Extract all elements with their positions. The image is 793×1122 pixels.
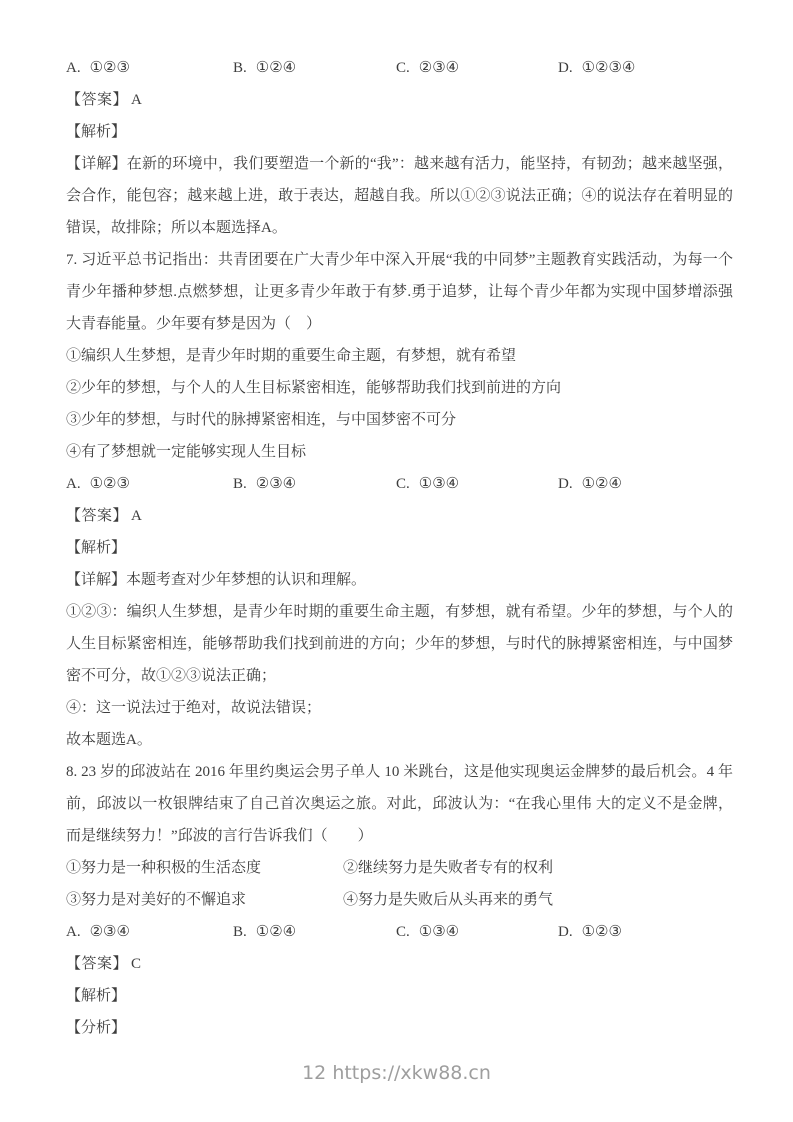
- option-d-letter: D.: [558, 924, 573, 940]
- prev-question-detail: 【详解】在新的环境中，我们要塑造一个新的“我”：越来越有活力，能坚持，有韧劲；越…: [66, 148, 733, 244]
- option-d-letter: D.: [558, 476, 573, 492]
- question8-stem: 8. 23 岁的邱波站在 2016 年里约奥运会男子单人 10 米跳台，这是他实…: [66, 756, 733, 852]
- prev-question-answer-line: 【答案】A: [66, 84, 733, 116]
- answer-label: 【答案】: [66, 956, 128, 972]
- option-b-value: ①②④: [256, 924, 296, 940]
- page-number: 12: [302, 1062, 326, 1084]
- option-a-value: ①②③: [90, 60, 130, 76]
- option-a: A.①②③: [66, 52, 233, 84]
- question7-detail-intro: 【详解】本题考查对少年梦想的认识和理解。: [66, 564, 733, 596]
- question8-statements-row-2: ③努力是对美好的不懈追求 ④努力是失败后从头再来的勇气: [66, 884, 733, 916]
- question7-options-row: A.①②③ B.②③④ C.①③④ D.①②④: [66, 468, 733, 500]
- question7-statement-2: ②少年的梦想，与个人的人生目标紧密相连，能够帮助我们找到前进的方向: [66, 372, 733, 404]
- question8-statement-2: ②继续努力是失败者专有的权利: [343, 852, 733, 884]
- option-d-letter: D.: [558, 60, 573, 76]
- exam-document-page: A.①②③ B.①②④ C.②③④ D.①②③④ 【答案】A 【解析】 【详解】…: [66, 52, 733, 1044]
- question7-answer-line: 【答案】A: [66, 500, 733, 532]
- question8-statement-4: ④努力是失败后从头再来的勇气: [343, 884, 733, 916]
- answer-value: C: [131, 956, 141, 972]
- answer-value: A: [131, 92, 142, 108]
- option-a: A.①②③: [66, 468, 233, 500]
- option-c-letter: C.: [396, 60, 410, 76]
- option-a-value: ②③④: [90, 924, 130, 940]
- option-b: B.①②④: [233, 52, 396, 84]
- answer-value: A: [131, 508, 142, 524]
- option-c-value: ②③④: [419, 60, 459, 76]
- watermark-site-link: https://xkw88.cn: [332, 1062, 491, 1084]
- option-c: C.①③④: [396, 468, 558, 500]
- question8-statement-3: ③努力是对美好的不懈追求: [66, 884, 343, 916]
- question7-analysis-heading: 【解析】: [66, 532, 733, 564]
- answer-label: 【答案】: [66, 508, 128, 524]
- option-c-value: ①③④: [419, 924, 459, 940]
- question7-conclusion: 故本题选A。: [66, 724, 733, 756]
- option-d: D.①②③④: [558, 52, 733, 84]
- answer-label: 【答案】: [66, 92, 128, 108]
- question8-statement-1: ①努力是一种积极的生活态度: [66, 852, 343, 884]
- option-a-letter: A.: [66, 924, 81, 940]
- option-a-letter: A.: [66, 60, 81, 76]
- option-d-value: ①②③④: [582, 60, 636, 76]
- question8-analysis2-heading: 【分析】: [66, 1012, 733, 1044]
- question8-options-row: A.②③④ B.①②④ C.①③④ D.①②③: [66, 916, 733, 948]
- option-c: C.①③④: [396, 916, 558, 948]
- option-d-value: ①②④: [582, 476, 622, 492]
- page-footer: 12 https://xkw88.cn: [0, 1062, 793, 1084]
- question7-stem: 7. 习近平总书记指出：共青团要在广大青少年中深入开展“我的中同梦”主题教育实践…: [66, 244, 733, 340]
- option-b-letter: B.: [233, 924, 247, 940]
- question8-analysis-heading: 【解析】: [66, 980, 733, 1012]
- option-b-value: ①②④: [256, 60, 296, 76]
- question7-detail-item4: ④：这一说法过于绝对，故说法错误；: [66, 692, 733, 724]
- question7-statement-1: ①编织人生梦想，是青少年时期的重要生命主题，有梦想，就有希望: [66, 340, 733, 372]
- option-c: C.②③④: [396, 52, 558, 84]
- prev-question-options-row: A.①②③ B.①②④ C.②③④ D.①②③④: [66, 52, 733, 84]
- question8-answer-line: 【答案】C: [66, 948, 733, 980]
- option-d-value: ①②③: [582, 924, 622, 940]
- question7-detail-body: ①②③：编织人生梦想，是青少年时期的重要生命主题，有梦想，就有希望。少年的梦想，…: [66, 596, 733, 692]
- option-b-value: ②③④: [256, 476, 296, 492]
- question7-statement-3: ③少年的梦想，与时代的脉搏紧密相连，与中国梦密不可分: [66, 404, 733, 436]
- option-c-value: ①③④: [419, 476, 459, 492]
- option-d: D.①②④: [558, 468, 733, 500]
- option-a: A.②③④: [66, 916, 233, 948]
- option-c-letter: C.: [396, 476, 410, 492]
- option-b: B.①②④: [233, 916, 396, 948]
- option-a-value: ①②③: [90, 476, 130, 492]
- question8-statements-row-1: ①努力是一种积极的生活态度 ②继续努力是失败者专有的权利: [66, 852, 733, 884]
- option-b: B.②③④: [233, 468, 396, 500]
- prev-question-analysis-heading: 【解析】: [66, 116, 733, 148]
- option-b-letter: B.: [233, 60, 247, 76]
- option-b-letter: B.: [233, 476, 247, 492]
- option-a-letter: A.: [66, 476, 81, 492]
- question7-statement-4: ④有了梦想就一定能够实现人生目标: [66, 436, 733, 468]
- option-d: D.①②③: [558, 916, 733, 948]
- option-c-letter: C.: [396, 924, 410, 940]
